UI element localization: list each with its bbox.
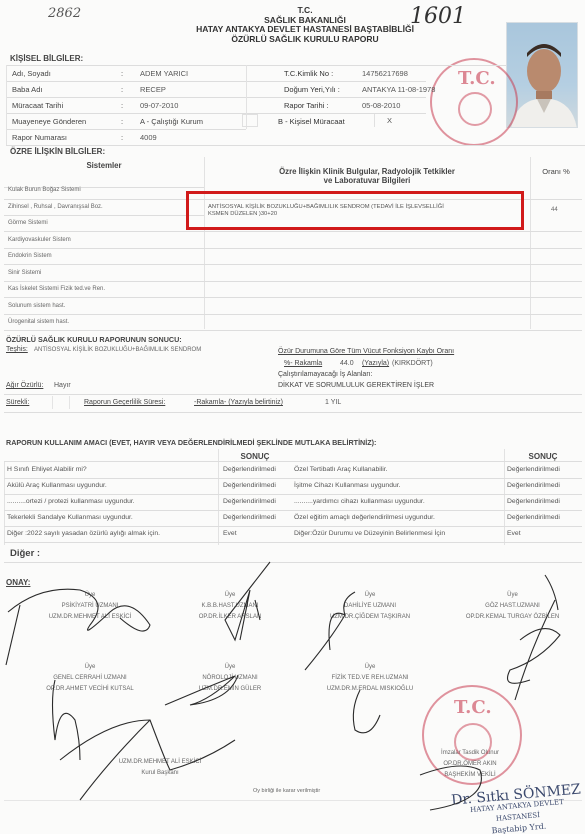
member-name: OP.DR.İLKER ARSLAN bbox=[160, 612, 300, 623]
member-role: Üye bbox=[300, 590, 440, 601]
usage-right-label: Özel eğitim amaçlı değerlendirilmesi uyg… bbox=[294, 514, 435, 521]
usage-left-label: H Sınıfı Ehliyet Alabilir mi? bbox=[7, 466, 87, 473]
system-row: Solunum sistem hast. bbox=[8, 303, 65, 309]
diagnosis-value: ANTİSOSYAL KİŞİLİK BOZUKLUĞU+BAĞIMLILIK … bbox=[34, 347, 201, 353]
system-row: Sinir Sistemi bbox=[8, 270, 41, 276]
checkbox-option-a[interactable] bbox=[242, 114, 258, 127]
member-block: Üye K.B.B.HAST.UZMANI OP.DR.İLKER ARSLAN bbox=[160, 590, 300, 623]
permanent-label: Sürekli: bbox=[6, 399, 29, 406]
label-report-number: Rapor Numarası bbox=[12, 133, 67, 142]
usage-right-label: İşitme Cihazı Kullanması uygundur. bbox=[294, 482, 401, 489]
label-tc-id: T.C.Kimlik No : bbox=[284, 69, 333, 78]
colon: : bbox=[121, 69, 123, 78]
usage-left-label: Diğer :2022 sayılı yasadan özürlü aylığı… bbox=[7, 530, 160, 537]
member-dept: GÖZ HAST.UZMANI bbox=[440, 601, 585, 612]
usage-right-result: Değerlendirilmedi bbox=[507, 482, 560, 489]
system-row: Kas İskelet Sistemi Fizik ted.ve Ren. bbox=[8, 286, 105, 292]
col-header-rate: Oranı % bbox=[530, 167, 582, 176]
value-application-date: 09-07-2010 bbox=[140, 101, 178, 110]
loss-numeric-value: 44.0 bbox=[340, 360, 354, 367]
col-header-systems: Sistemler bbox=[4, 161, 204, 170]
usage-right-result: Değerlendirilmedi bbox=[507, 514, 560, 521]
validity-value: 1 YIL bbox=[325, 399, 341, 406]
usage-right-label: Diğer:Özür Durumu ve Düzeyinin Belirlenm… bbox=[294, 530, 445, 537]
label-application-date: Müracaat Tarihi bbox=[12, 101, 63, 110]
usage-right-label: Özel Tertibatlı Araç Kullanabilir. bbox=[294, 466, 388, 473]
usage-right-result: Evet bbox=[507, 530, 521, 537]
value-tc-id: 14756217698 bbox=[362, 69, 408, 78]
member-block: Üye GENEL CERRAHİ UZMANI OP.DR.AHMET VEC… bbox=[20, 662, 160, 695]
severe-value: Hayır bbox=[54, 382, 71, 389]
system-row: Kardiyovaskuler Sistem bbox=[8, 237, 71, 243]
member-role: Üye bbox=[20, 590, 160, 601]
usage-left-result: Evet bbox=[223, 530, 237, 537]
value-referrer: A - Çalıştığı Kurum bbox=[140, 117, 203, 126]
diagnosis-label: Teşhis: bbox=[6, 346, 28, 353]
system-row: Kulak Burun Boğaz Sistemi bbox=[8, 187, 81, 193]
checkbox-mark: X bbox=[387, 116, 392, 125]
system-row: Endokrin Sistem bbox=[8, 253, 52, 259]
member-block: Üye GÖZ HAST.UZMANI OP.DR.KEMAL TURGAY Ö… bbox=[440, 590, 585, 623]
loss-title: Özür Durumuna Göre Tüm Vücut Fonksiyon K… bbox=[278, 348, 454, 355]
usage-right-result: Değerlendirilmedi bbox=[507, 498, 560, 505]
consensus-note: Oy birliği ile karar verilmiştir bbox=[253, 788, 320, 794]
usage-title: RAPORUN KULLANIM AMACI (EVET, HAYIR VEYA… bbox=[6, 438, 376, 447]
member-block: Üye PSİKİYATRİ UZMANI UZM.DR.MEHMET ALİ … bbox=[20, 590, 160, 623]
member-role: Üye bbox=[160, 662, 300, 673]
highlight-box bbox=[186, 191, 524, 230]
member-dept: PSİKİYATRİ UZMANI bbox=[20, 601, 160, 612]
disability-info-title: ÖZRE İLİŞKİN BİLGİLER: bbox=[10, 147, 105, 156]
other-label: Diğer : bbox=[10, 548, 40, 559]
member-block: Üye NÖROLOJİ UZMANI UZM.DR.EMİN GÜLER bbox=[160, 662, 300, 695]
value-report-number: 4009 bbox=[140, 133, 157, 142]
usage-right-result: Değerlendirilmedi bbox=[507, 466, 560, 473]
label-birth-place-date: Doğum Yeri,Yılı : bbox=[284, 85, 340, 94]
validity-label: Raporun Geçerlilik Süresi: bbox=[84, 399, 165, 406]
member-name: UZM.DR.EMİN GÜLER bbox=[160, 684, 300, 695]
colon: : bbox=[121, 117, 123, 126]
no-work-value: DİKKAT VE SORUMLULUK GEREKTİREN İŞLER bbox=[278, 382, 434, 389]
severe-label: Ağır Özürlü: bbox=[6, 382, 43, 389]
usage-left-result: Değerlendirilmedi bbox=[223, 514, 276, 521]
value-name: ADEM YARICI bbox=[140, 69, 188, 78]
official-stamp-bottom: T.C. bbox=[422, 685, 522, 785]
member-role: Üye bbox=[160, 590, 300, 601]
member-role: Üye bbox=[440, 590, 585, 601]
stamp-text: T.C. bbox=[454, 697, 492, 718]
validity-hint: -Rakamla- (Yazıyla belirtiniz) bbox=[194, 399, 283, 406]
handwritten-note-top-left: 2862 bbox=[48, 6, 81, 21]
doctor-name-stamp: Dr. Sıtkı SÖNMEZ HATAY ANTAKYA DEVLET HA… bbox=[448, 784, 585, 834]
colon: : bbox=[121, 101, 123, 110]
usage-left-label: ..........ortezi / protezi kullanması uy… bbox=[7, 498, 135, 505]
member-role: Üye bbox=[20, 662, 160, 673]
document-header: T.C. SAĞLIK BAKANLIĞI HATAY ANTAKYA DEVL… bbox=[150, 6, 460, 44]
approval-title: ONAY: bbox=[6, 578, 30, 587]
value-birth-place-date: ANTAKYA 11-08-1978 bbox=[362, 85, 435, 94]
member-role: Üye bbox=[300, 662, 440, 673]
member-name: OP.DR.AHMET VECİHİ KUTSAL bbox=[20, 684, 160, 695]
no-work-title: Çalıştırılamayacağı İş Alanları: bbox=[278, 371, 373, 378]
chair-block: UZM.DR.MEHMET ALİ ESKİCİ Kurul Başkanı bbox=[100, 757, 220, 779]
system-row: Görme Sistemi bbox=[8, 220, 48, 226]
member-dept: GENEL CERRAHİ UZMANI bbox=[20, 673, 160, 684]
usage-right-label: ..........yardımcı cihazı kullanması uyg… bbox=[294, 498, 425, 505]
member-name: UZM.DR.ÇİĞDEM TAŞKIRAN bbox=[300, 612, 440, 623]
col-header-findings: Özre İlişkin Klinik Bulgular, Radyolojik… bbox=[204, 167, 530, 185]
personal-info-table: Adı, Soyadı : ADEM YARICI Baba Adı : REC… bbox=[6, 65, 506, 145]
label-report-date: Rapor Tarihi : bbox=[284, 101, 328, 110]
usage-left-result: Değerlendirilmedi bbox=[223, 482, 276, 489]
col-header-findings-line1: Özre İlişkin Klinik Bulgular, Radyolojik… bbox=[204, 167, 530, 176]
checkbox-option-b[interactable]: X bbox=[374, 114, 424, 127]
member-block: Üye FİZİK TED.VE REH.UZMANI UZM.DR.M.ERD… bbox=[300, 662, 440, 695]
header-report-title: ÖZÜRLÜ SAĞLIK KURULU RAPORU bbox=[150, 35, 460, 45]
colon: : bbox=[121, 133, 123, 142]
system-row: Zihinsel , Ruhsal , Davranışsal Boz. bbox=[8, 204, 103, 210]
result-title: ÖZÜRLÜ SAĞLIK KURULU RAPORUNUN SONUCU: bbox=[6, 335, 182, 344]
member-name: UZM.DR.M.ERDAL MISKIOĞLU bbox=[300, 684, 440, 695]
permanent-checkbox[interactable] bbox=[52, 396, 70, 409]
usage-left-label: Tekerlekli Sandalye Kullanması uygundur. bbox=[7, 514, 133, 521]
loss-text-label: (Yazıyla) bbox=[362, 360, 389, 367]
system-row: Ürogenital sistem hast. bbox=[8, 319, 69, 325]
colon: : bbox=[121, 85, 123, 94]
label-father-name: Baba Adı bbox=[12, 85, 42, 94]
member-dept: NÖROLOJİ UZMANI bbox=[160, 673, 300, 684]
chair-role: Kurul Başkanı bbox=[100, 768, 220, 779]
result-section: ÖZÜRLÜ SAĞLIK KURULU RAPORUNUN SONUCU: T… bbox=[0, 330, 585, 420]
member-name: UZM.DR.MEHMET ALİ ESKİCİ bbox=[20, 612, 160, 623]
rate-value: 44 bbox=[551, 207, 558, 213]
col-header-result-left: SONUÇ bbox=[218, 452, 292, 461]
personal-info-title: KİŞİSEL BİLGİLER: bbox=[10, 54, 83, 63]
value-father-name: RECEP bbox=[140, 85, 166, 94]
loss-text-value: (KIRKDÖRT) bbox=[392, 360, 433, 367]
chair-name: UZM.DR.MEHMET ALİ ESKİCİ bbox=[100, 757, 220, 768]
member-dept: FİZİK TED.VE REH.UZMANI bbox=[300, 673, 440, 684]
member-dept: K.B.B.HAST.UZMANI bbox=[160, 601, 300, 612]
col-header-findings-line2: ve Laboratuvar Bilgileri bbox=[204, 176, 530, 185]
label-name: Adı, Soyadı bbox=[12, 69, 51, 78]
label-referrer: Muayeneye Gönderen bbox=[12, 117, 86, 126]
member-block: Üye DAHİLİYE UZMANI UZM.DR.ÇİĞDEM TAŞKIR… bbox=[300, 590, 440, 623]
disability-table: Sistemler Özre İlişkin Klinik Bulgular, … bbox=[4, 157, 582, 329]
member-name: OP.DR.KEMAL TURGAY ÖZBİLEN bbox=[440, 612, 585, 623]
member-dept: DAHİLİYE UZMANI bbox=[300, 601, 440, 612]
portrait-icon bbox=[507, 23, 578, 128]
usage-left-label: Akülü Araç Kullanması uygundur. bbox=[7, 482, 107, 489]
value-report-date: 05-08-2010 bbox=[362, 101, 400, 110]
usage-table: SONUÇ SONUÇ H Sınıfı Ehliyet Alabilir mi… bbox=[4, 449, 582, 545]
col-header-result-right: SONUÇ bbox=[504, 452, 582, 461]
loss-numeric-label: %- Rakamla bbox=[284, 360, 322, 367]
usage-left-result: Değerlendirilmedi bbox=[223, 466, 276, 473]
label-personal-application: B - Kişisel Müracaat bbox=[278, 117, 345, 126]
usage-left-result: Değerlendirilmedi bbox=[223, 498, 276, 505]
